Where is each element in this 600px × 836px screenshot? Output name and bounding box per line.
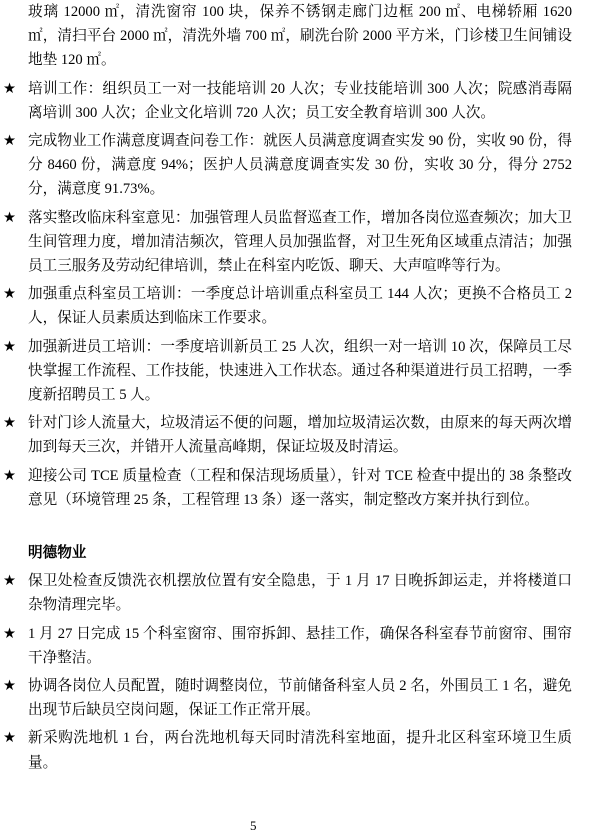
list-item: ★ 协调各岗位人员配置，随时调整岗位，节前储备科室人员 2 名，外围员工 1 名… bbox=[4, 674, 572, 722]
list-item: ★ 加强重点科室员工培训：一季度总计培训重点科室员工 144 人次；更换不合格员… bbox=[4, 282, 572, 330]
star-bullet-icon: ★ bbox=[3, 335, 16, 359]
star-bullet-icon: ★ bbox=[3, 411, 16, 435]
star-bullet-icon: ★ bbox=[3, 726, 16, 750]
list-item-text: 加强新进员工培训：一季度培训新员工 25 人次，组织一对一培训 10 次，保障员… bbox=[28, 339, 572, 403]
list-item-text: 保卫处检查反馈洗衣机摆放位置有安全隐患，于 1 月 17 日晚拆卸运走，并将楼道… bbox=[28, 573, 572, 613]
list-item: ★ 保卫处检查反馈洗衣机摆放位置有安全隐患，于 1 月 17 日晚拆卸运走，并将… bbox=[4, 569, 572, 617]
list-item-text: 针对门诊人流量大，垃圾清运不便的问题，增加垃圾清运次数，由原来的每天两次增加到每… bbox=[28, 415, 572, 455]
list-item-text: 新采购洗地机 1 台，两台洗地机每天同时清洗科室地面，提升北区科室环境卫生质量。 bbox=[28, 730, 572, 770]
page-number: 5 bbox=[250, 818, 257, 834]
list-item-text: 1 月 27 日完成 15 个科室窗帘、围帘拆卸、悬挂工作，确保各科室春节前窗帘… bbox=[28, 626, 572, 666]
list-item: ★ 迎接公司 TCE 质量检查（工程和保洁现场质量），针对 TCE 检查中提出的… bbox=[4, 464, 572, 512]
star-bullet-icon: ★ bbox=[3, 569, 16, 593]
list-item-text: 落实整改临床科室意见：加强管理人员监督巡查工作，增加各岗位巡查频次；加大卫生间管… bbox=[28, 210, 572, 274]
section-heading: 明德物业 bbox=[28, 541, 572, 565]
list-item-text: 培训工作：组织员工一对一技能培训 20 人次；专业技能培训 300 人次；院感消… bbox=[28, 81, 572, 121]
document-body: 玻璃 12000 ㎡，清洗窗帘 100 块，保养不锈钢走廊门边框 200 ㎡、电… bbox=[4, 0, 572, 775]
list-item: ★ 新采购洗地机 1 台，两台洗地机每天同时清洗科室地面，提升北区科室环境卫生质… bbox=[4, 726, 572, 774]
document-page: 玻璃 12000 ㎡，清洗窗帘 100 块，保养不锈钢走廊门边框 200 ㎡、电… bbox=[0, 0, 600, 836]
list-item: ★ 1 月 27 日完成 15 个科室窗帘、围帘拆卸、悬挂工作，确保各科室春节前… bbox=[4, 622, 572, 670]
star-bullet-icon: ★ bbox=[3, 674, 16, 698]
star-bullet-icon: ★ bbox=[3, 206, 16, 230]
list-item-text: 加强重点科室员工培训：一季度总计培训重点科室员工 144 人次；更换不合格员工 … bbox=[28, 286, 572, 326]
list-item: ★ 完成物业工作满意度调查问卷工作：就医人员满意度调查实发 90 份，实收 90… bbox=[4, 129, 572, 202]
list-item: ★ 加强新进员工培训：一季度培训新员工 25 人次，组织一对一培训 10 次，保… bbox=[4, 335, 572, 408]
star-bullet-icon: ★ bbox=[3, 622, 16, 646]
star-bullet-icon: ★ bbox=[3, 77, 16, 101]
star-bullet-icon: ★ bbox=[3, 464, 16, 488]
star-bullet-icon: ★ bbox=[3, 282, 16, 306]
star-bullet-icon: ★ bbox=[3, 129, 16, 153]
report-paragraph-continuation: 玻璃 12000 ㎡，清洗窗帘 100 块，保养不锈钢走廊门边框 200 ㎡、电… bbox=[4, 0, 572, 73]
list-item: ★ 针对门诊人流量大，垃圾清运不便的问题，增加垃圾清运次数，由原来的每天两次增加… bbox=[4, 411, 572, 459]
paragraph-text: 玻璃 12000 ㎡，清洗窗帘 100 块，保养不锈钢走廊门边框 200 ㎡、电… bbox=[28, 4, 572, 68]
list-item-text: 迎接公司 TCE 质量检查（工程和保洁现场质量），针对 TCE 检查中提出的 3… bbox=[28, 468, 572, 508]
list-item-text: 完成物业工作满意度调查问卷工作：就医人员满意度调查实发 90 份，实收 90 份… bbox=[28, 133, 572, 197]
list-item-text: 协调各岗位人员配置，随时调整岗位，节前储备科室人员 2 名，外围员工 1 名，避… bbox=[28, 678, 572, 718]
list-item: ★ 培训工作：组织员工一对一技能培训 20 人次；专业技能培训 300 人次；院… bbox=[4, 77, 572, 125]
list-item: ★ 落实整改临床科室意见：加强管理人员监督巡查工作，增加各岗位巡查频次；加大卫生… bbox=[4, 206, 572, 279]
